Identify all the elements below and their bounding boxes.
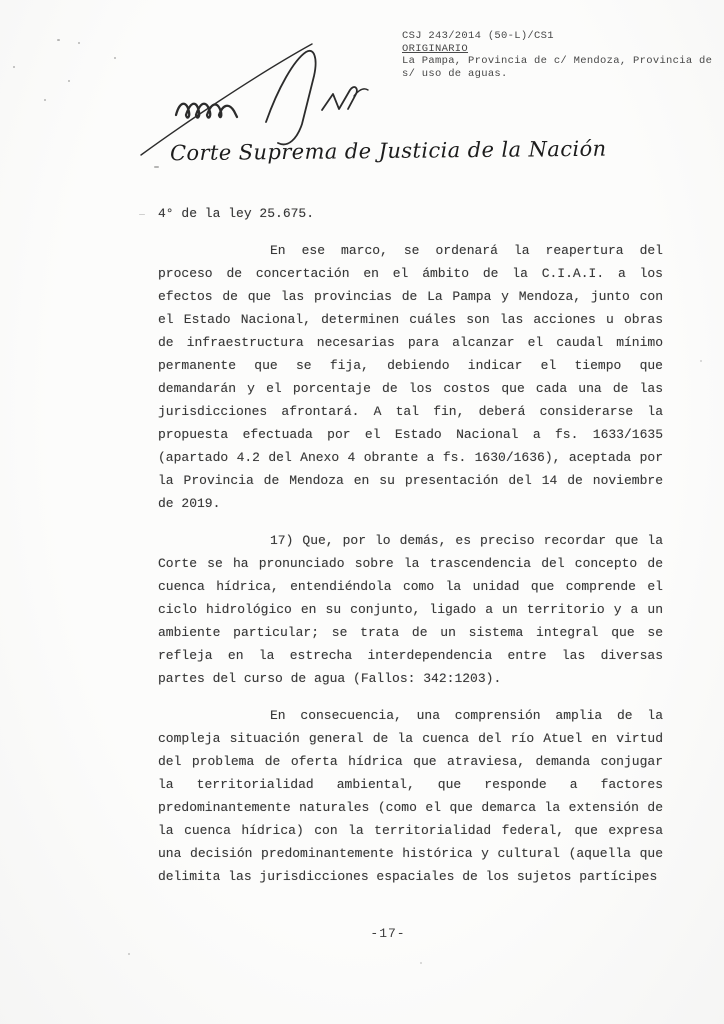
document-body: 4° de la ley 25.675. En ese marco, se or… [158, 202, 663, 902]
scan-speck [13, 66, 15, 68]
scan-speck [700, 360, 702, 362]
scan-speck [139, 214, 145, 215]
case-header: CSJ 243/2014 (50-L)/CS1 ORIGINARIO La Pa… [402, 30, 712, 80]
case-docket-type: ORIGINARIO [402, 43, 712, 56]
scan-speck [44, 99, 46, 101]
scan-speck [68, 80, 70, 82]
case-caption-line1: La Pampa, Provincia de c/ Mendoza, Provi… [402, 55, 712, 68]
scan-speck [78, 42, 80, 44]
body-paragraph: 4° de la ley 25.675. [158, 202, 663, 225]
case-caption-line2: s/ uso de aguas. [402, 68, 712, 81]
case-number: CSJ 243/2014 (50-L)/CS1 [402, 30, 712, 43]
body-paragraph: En consecuencia, una comprensión amplia … [158, 704, 663, 888]
page-number: -17- [158, 926, 618, 941]
scan-speck [128, 953, 130, 955]
body-paragraph: 17) Que, por lo demás, es preciso record… [158, 529, 663, 690]
scan-speck [420, 962, 422, 964]
body-paragraph: En ese marco, se ordenará la reapertura … [158, 239, 663, 515]
document-page: CSJ 243/2014 (50-L)/CS1 ORIGINARIO La Pa… [0, 0, 724, 1024]
court-title: Corte Suprema de Justicia de la Nación [170, 137, 590, 165]
scan-speck [57, 39, 60, 41]
scan-speck [154, 166, 159, 168]
